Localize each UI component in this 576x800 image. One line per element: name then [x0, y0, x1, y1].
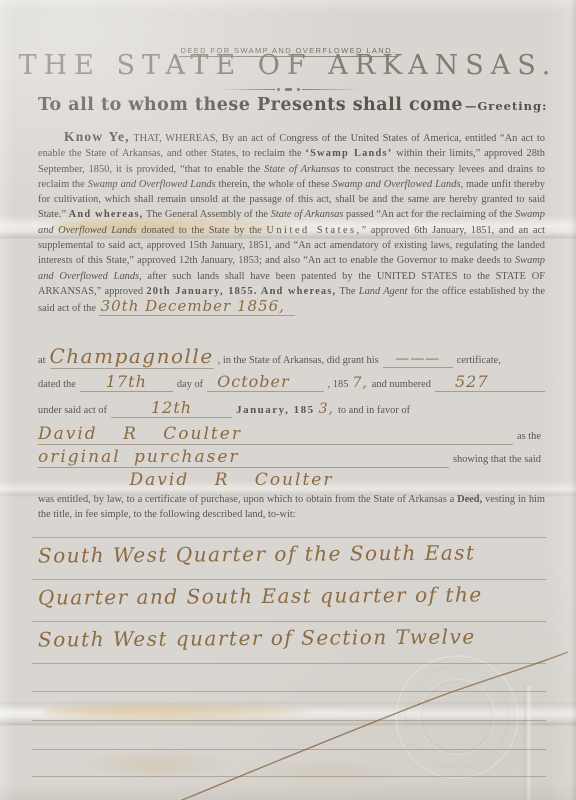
entitled-paragraph: was entitled, by law, to a certificate o… [38, 492, 545, 523]
printed-text: dated the [38, 379, 80, 390]
form-line-certificate-date: dated the 17th day of October , 185 7, a… [38, 372, 545, 398]
handwritten-act-day: 12th [111, 398, 232, 418]
printed-bold-act-date: January, 185 [232, 404, 319, 416]
printed-text: day of [173, 379, 207, 390]
printed-text: as the [513, 431, 545, 442]
land-description-line: South West Quarter of the South East [32, 538, 546, 580]
land-description-section: South West Quarter of the South East Qua… [32, 537, 546, 800]
printed-text: , in the State of Arkansas, did grant hi… [214, 355, 383, 366]
handwritten-blank-dash: ——— [395, 351, 440, 367]
handwritten-grantee-name-repeat: David R Coulter [130, 470, 334, 490]
salutation-line: To all to whom these Presents shall come… [38, 95, 545, 115]
ruled-line [32, 777, 546, 800]
printed-text: showing that the said [449, 454, 545, 465]
form-line-grantee-repeat: David R Coulter [38, 470, 545, 494]
greeting-text: —Greeting: [465, 99, 547, 113]
form-line-land-office: at Champagnolle , in the State of Arkans… [38, 344, 545, 372]
form-section: at Champagnolle , in the State of Arkans… [38, 344, 545, 494]
whereas-paragraph: Know Ye, THAT, WHEREAS, By an act of Con… [38, 129, 545, 317]
grantee-name-rule: David R Coulter [38, 424, 513, 445]
handwritten-certificate-number: 527 [435, 372, 545, 392]
handwritten-day: 17th [80, 372, 173, 392]
land-description-line: Quarter and South East quarter of the [32, 580, 546, 622]
ruled-line [32, 750, 546, 777]
form-line-grantee: David R Coulter as the [38, 424, 545, 447]
printed-text: under said act of [38, 405, 111, 416]
printed-text: certificate, [453, 355, 505, 366]
handwritten-act-year-digit: 3, [319, 401, 334, 417]
handwritten-grantee-name: David R Coulter [38, 424, 242, 444]
handwritten-capacity: original purchaser [38, 447, 240, 467]
form-line-capacity: original purchaser showing that the said [38, 447, 545, 470]
handwritten-year-digit: 7, [352, 375, 367, 391]
printed-text: and numbered [368, 379, 435, 390]
handwritten-month: October [207, 372, 324, 392]
printed-text: at [38, 355, 50, 366]
land-description-line: South West quarter of Section Twelve [32, 622, 546, 664]
ruled-line [32, 664, 546, 692]
capacity-rule: original purchaser [38, 447, 449, 468]
ruled-line [32, 692, 546, 721]
printed-text: , 185 [324, 379, 353, 390]
deed-document-page: DEED FOR SWAMP AND OVERFLOWED LAND. THE … [0, 0, 576, 800]
printed-text: to and in favor of [334, 405, 414, 416]
ruled-line [32, 721, 546, 750]
form-line-act: under said act of 12th January, 185 3, t… [38, 398, 545, 424]
divider-ornament-icon [0, 88, 576, 91]
page-title: THE STATE OF ARKANSAS. [0, 50, 576, 81]
salutation-text: To all to whom these Presents shall come [38, 95, 463, 115]
handwritten-office-name: Champagnolle [50, 344, 214, 369]
